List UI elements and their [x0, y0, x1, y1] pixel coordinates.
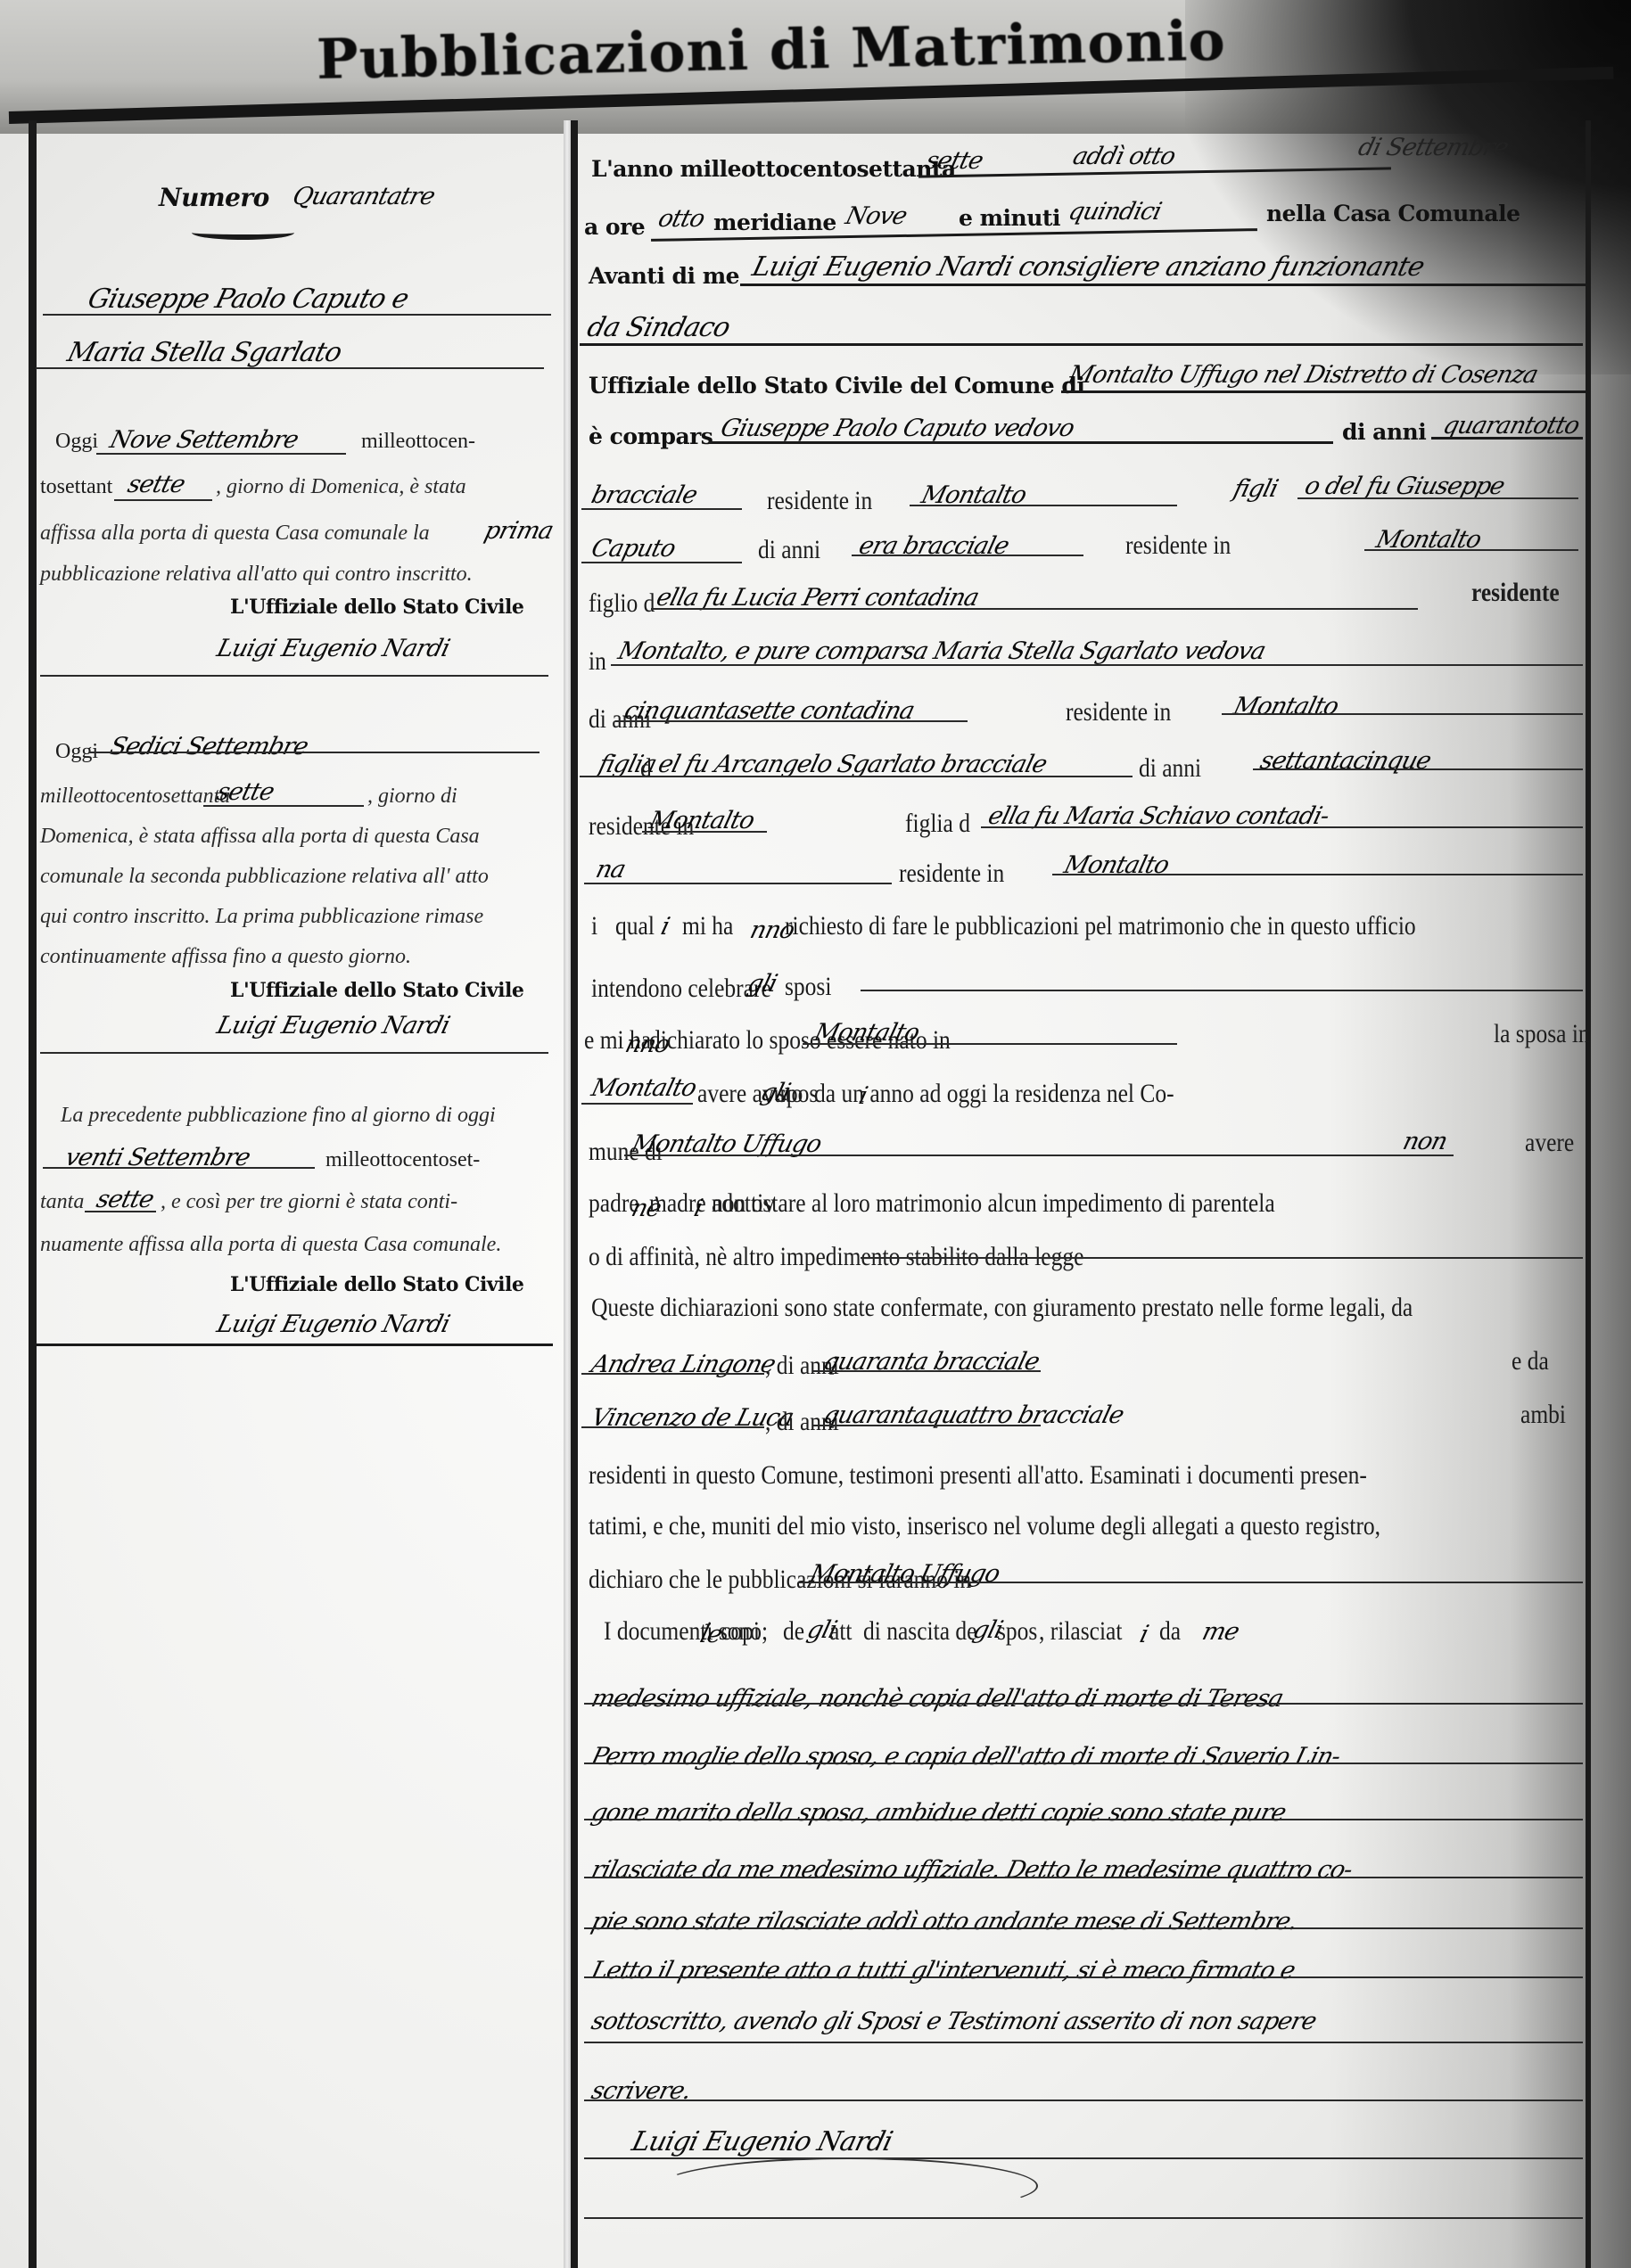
first-text-2b: , giorno di Domenica, è stata: [216, 475, 466, 499]
act-l28-h5: me: [1199, 1618, 1235, 1646]
act-l28-h3: gli: [970, 1616, 999, 1644]
rule: [803, 1043, 1177, 1045]
second-text-4: qui contro inscritto. La prima pubblicaz…: [40, 905, 483, 929]
act-l28-p7: , rilasciat: [1039, 1616, 1122, 1647]
rule: [1061, 390, 1587, 393]
act-l11-h2: Montalto: [1231, 693, 1334, 720]
spouses-line-2: Maria Stella Sgarlato: [64, 337, 337, 368]
rule: [584, 1703, 1583, 1705]
act-l2-p1: a ore: [584, 214, 645, 240]
rule: [740, 283, 1587, 286]
act-l20-h2: i: [691, 1195, 698, 1222]
act-l16-p2: sposi: [785, 972, 831, 1002]
first-text-3: affissa alla porta di questa Casa comuna…: [40, 522, 430, 546]
third-officer-label: L'Uffiziale dello Stato Civile: [230, 1273, 523, 1296]
handwritten-line-1: medesimo uffiziale, nonchè copia dell'at…: [589, 1685, 1279, 1713]
rule: [798, 1582, 1583, 1583]
act-l28-h2: gli: [804, 1616, 833, 1644]
act-l26-p1: tatimi, e che, muniti del mio visto, ins…: [589, 1511, 1380, 1541]
rule: [581, 508, 742, 510]
act-l25-p1: residenti in questo Comune, testimoni pr…: [589, 1460, 1367, 1491]
numero-label: Numero: [159, 183, 269, 212]
act-l1-h3: di Settembre: [1355, 134, 1503, 161]
act-l6-p2: di anni: [1342, 419, 1426, 445]
act-l28-p5: di nascita de: [863, 1616, 976, 1647]
second-date: Sedici Settembre: [107, 733, 304, 760]
act-l2-p4: nella Casa Comunale: [1266, 201, 1520, 226]
act-l6-h1: Giuseppe Paolo Caputo vedovo: [718, 415, 1070, 442]
act-l2-h2: Nove: [843, 202, 902, 230]
act-l1-h2: addì otto: [1070, 143, 1171, 170]
second-text-2: Domenica, è stata affissa alla porta di …: [40, 825, 480, 849]
rule: [1297, 497, 1578, 499]
act-l5-p1: Uffiziale dello Stato Civile del Comune …: [589, 373, 1084, 399]
act-l15-p4: richiesto di fare le pubblicazioni pel m…: [785, 911, 1416, 941]
act-l2-h3: quindici: [1066, 198, 1157, 226]
act-l23-p2: e da: [1512, 1346, 1549, 1376]
first-date: Nove Settembre: [107, 426, 294, 454]
second-signature: Luigi Eugenio Nardi: [214, 1012, 445, 1039]
act-l28-p6: spos: [997, 1616, 1037, 1647]
act-l28-h1: le: [697, 1621, 718, 1648]
act-l13-p2: figlia d: [905, 809, 970, 839]
first-ordinal: prima: [482, 517, 549, 545]
rule: [1052, 874, 1583, 875]
rule: [651, 608, 1418, 610]
act-l18-p3: da un anno ad oggi la residenza nel Co-: [814, 1079, 1174, 1109]
rule: [584, 1976, 1583, 1978]
act-l22-p1: Queste dichiarazioni sono state conferma…: [591, 1293, 1413, 1323]
rule: [203, 805, 364, 807]
rule: [584, 1927, 1583, 1929]
handwritten-line-4: rilasciate da me medesimo uffiziale. Det…: [589, 1856, 1348, 1884]
first-year: sette: [125, 471, 181, 498]
act-l8-p1: di anni: [758, 535, 820, 565]
handwritten-line-2: Perro moglie dello sposo, e copia dell'a…: [589, 1743, 1336, 1771]
first-officer-label: L'Uffiziale dello Stato Civile: [230, 596, 523, 619]
act-l15-p1: i: [591, 911, 597, 941]
act-l12-h2: el fu Arcangelo Sgarlato bracciale: [655, 751, 1042, 778]
act-l15-p3: mi ha: [682, 911, 733, 941]
act-l12-p1: d: [640, 753, 652, 784]
second-text-1b: , giorno di: [367, 785, 457, 809]
first-signature: Luigi Eugenio Nardi: [214, 635, 445, 662]
act-l2-p2: meridiane: [713, 210, 836, 235]
rule: [584, 2217, 1583, 2219]
column-gutter: [564, 120, 571, 2268]
act-l27-h1: Montalto Uffugo: [807, 1560, 995, 1588]
act-l28-h4: i: [1137, 1621, 1144, 1648]
first-text-2a: tosettant: [40, 475, 112, 499]
first-text-1: milleottocen-: [361, 430, 475, 454]
act-l10-p1: in: [589, 646, 606, 677]
rule: [85, 1211, 156, 1212]
second-text-5: continuamente affissa fino a questo gior…: [40, 945, 411, 969]
second-text-3: comunale la seconda pubblicazione relati…: [40, 865, 489, 889]
document-page: Pubblicazioni di Matrimonio Numero Quara…: [0, 0, 1631, 2268]
act-l15-h3: nno: [747, 916, 790, 944]
rule: [910, 505, 1177, 506]
act-l1-p1: L'anno milleottocentosettanta: [591, 156, 956, 182]
third-text-4: nuamente affissa alla porta di questa Ca…: [40, 1233, 501, 1257]
handwritten-line-6: Letto il presente atto a tutti gl'interv…: [589, 1957, 1290, 1984]
rule: [813, 1370, 1041, 1372]
rule: [981, 826, 1583, 828]
rule: [861, 990, 1583, 991]
first-text-4: pubblicazione relativa all'atto qui cont…: [40, 563, 473, 587]
act-l2-h1: otto: [655, 205, 700, 233]
third-signature: Luigi Eugenio Nardi: [214, 1311, 445, 1338]
handwritten-line-7: sottoscritto, avendo gli Sposi e Testimo…: [589, 2008, 1312, 2035]
rule: [584, 1763, 1583, 1764]
act-l12-h3: settantacinque: [1257, 747, 1427, 775]
act-l6-p1: è compars: [589, 423, 713, 449]
act-l14-p1: residente in: [899, 859, 1004, 889]
rule: [584, 1877, 1583, 1878]
act-l28-p2: copi: [721, 1616, 760, 1647]
signature-flourish: [660, 2157, 1038, 2215]
rule: [584, 2157, 1583, 2159]
second-year: sette: [214, 778, 270, 806]
act-l9-p2: residente: [1471, 578, 1560, 608]
act-l5-h1: Montalto Uffugo nel Distretto di Cosenza: [1066, 361, 1534, 389]
third-year: sette: [94, 1186, 150, 1213]
act-l6-h2: quarantotto: [1440, 412, 1575, 440]
numero-flourish: [192, 226, 294, 240]
act-l15-h2: i: [658, 913, 665, 941]
act-l4-h1: da Sindaco: [584, 312, 725, 343]
act-l3-p1: Avanti di me: [589, 263, 739, 289]
act-l16-h1: gli: [745, 970, 773, 998]
rule: [581, 1426, 764, 1428]
act-l2-p3: e minuti: [959, 205, 1060, 231]
rule: [36, 367, 544, 369]
rule: [584, 2100, 1583, 2101]
rule: [1364, 549, 1578, 551]
act-l14-h1: na: [593, 856, 622, 883]
rule: [584, 883, 892, 884]
act-l12-p2: di anni: [1139, 753, 1201, 784]
rule: [584, 1819, 1583, 1820]
rule: [813, 1425, 1041, 1426]
first-oggi-label: Oggi: [55, 430, 98, 454]
act-l3-h1: Luigi Eugenio Nardi consigliere anziano …: [749, 251, 1420, 283]
rule: [43, 314, 551, 316]
act-l17-p3: la sposa in: [1494, 1019, 1590, 1049]
act-l7-p1: residente in: [767, 486, 872, 516]
third-text-3a: tanta: [40, 1190, 84, 1214]
third-text-1: La precedente pubblicazione fino al gior…: [61, 1104, 496, 1128]
rule: [581, 1373, 764, 1375]
rule: [114, 499, 212, 501]
act-l28-p4: att: [829, 1616, 853, 1647]
third-text-3b: , e così per tre giorni è stata conti-: [161, 1190, 457, 1214]
rule: [36, 1344, 553, 1346]
rule: [624, 1155, 1454, 1156]
rule: [581, 1103, 693, 1105]
act-l28-p3: de: [783, 1616, 804, 1647]
second-officer-label: L'Uffiziale dello Stato Civile: [230, 979, 523, 1002]
rule: [615, 720, 968, 722]
rule: [709, 441, 1333, 444]
rule: [89, 752, 540, 753]
act-l10-h1: Montalto, e pure comparsa Maria Stella S…: [615, 637, 1261, 665]
act-l7-h1: bracciale: [589, 481, 693, 509]
rule: [581, 562, 742, 563]
rule: [642, 831, 767, 833]
rule: [861, 1257, 1583, 1259]
rule: [580, 776, 1133, 777]
act-l7-h3: o del fu Giuseppe: [1302, 472, 1500, 500]
rule: [1253, 768, 1583, 770]
rule: [96, 453, 346, 455]
spouses-line-1: Giuseppe Paolo Caputo e: [85, 283, 403, 315]
act-l24-p2: ambi: [1520, 1400, 1566, 1430]
act-l11-p2: residente in: [1066, 697, 1171, 727]
rule: [40, 1052, 548, 1054]
act-l15-p2: qual: [615, 911, 655, 941]
second-text-1a: milleottocentosettanta: [40, 785, 230, 809]
third-text-2: milleottocentoset-: [325, 1148, 480, 1172]
rule: [611, 664, 1583, 666]
act-signature: Luigi Eugenio Nardi: [629, 2126, 887, 2157]
act-l8-h1: Caputo: [589, 535, 671, 563]
act-l1-h1: sette: [923, 147, 979, 175]
handwritten-line-3: gone marito della sposa, ambidue detti c…: [589, 1799, 1281, 1827]
rule: [584, 2042, 1583, 2043]
rule: [580, 343, 1583, 346]
rule: [40, 675, 548, 677]
act-l19-h2: non: [1400, 1128, 1443, 1155]
act-l7-p2: figli: [1231, 475, 1273, 503]
numero-value: Quarantatre: [290, 183, 431, 210]
act-l19-p2: avere: [1525, 1128, 1574, 1158]
rule: [852, 555, 1083, 556]
act-l9-p1: figlio d: [589, 588, 655, 619]
act-l18-h1: Montalto: [589, 1074, 692, 1102]
act-l8-p2: residente in: [1125, 530, 1231, 561]
rule: [43, 1167, 315, 1169]
handwritten-line-5: pie sono state rilasciate addì otto anda…: [589, 1908, 1293, 1935]
act-l18-p2: spos: [778, 1079, 818, 1109]
act-l20-p3: non ostare al loro matrimonio alcun impe…: [712, 1188, 1275, 1219]
rule: [1431, 437, 1583, 440]
act-l28-p8: da: [1159, 1616, 1181, 1647]
rule: [1222, 713, 1583, 715]
